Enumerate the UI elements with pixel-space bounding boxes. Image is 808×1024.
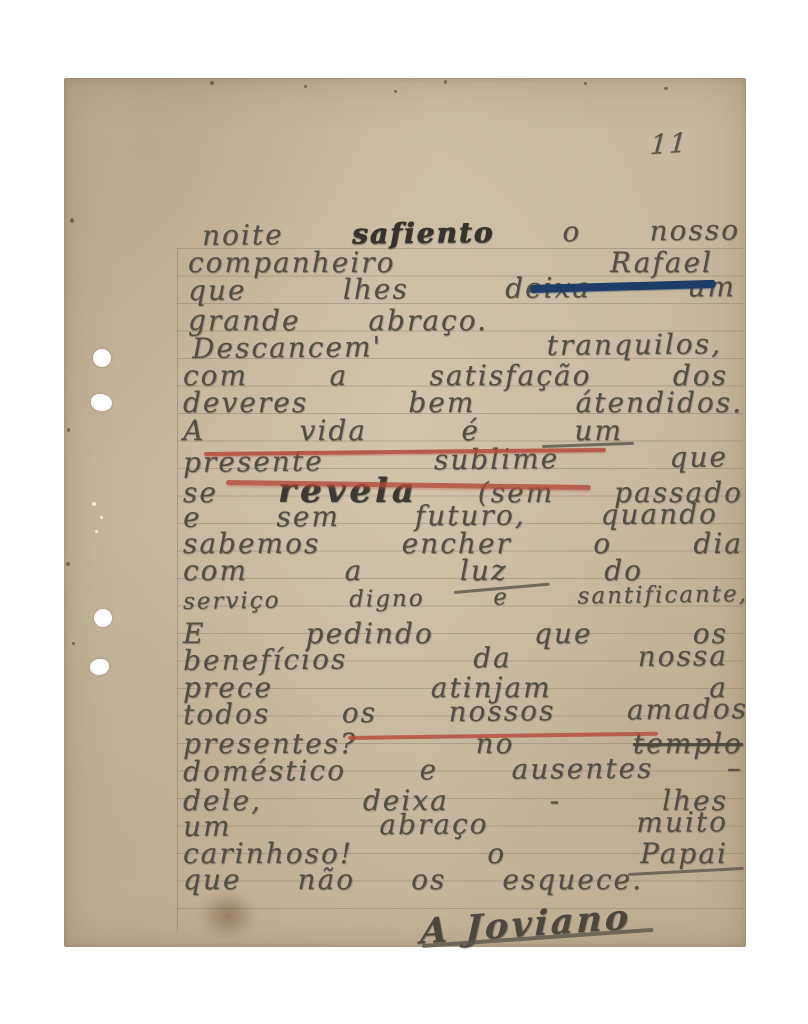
paper-speck	[664, 87, 668, 90]
paper-speck	[67, 428, 70, 432]
punch-hole-torn	[90, 659, 109, 675]
handwriting-line-7: deveres bem átendidos.	[183, 388, 743, 417]
punch-hole	[93, 349, 111, 367]
paper-damage-dot	[100, 516, 103, 519]
paper-speck	[72, 642, 75, 645]
handwriting-line-18: todos os nossos amados	[183, 694, 748, 729]
punch-hole-torn	[91, 394, 112, 411]
paper-speck	[66, 562, 70, 566]
handwriting-line-9: presente sublime que	[183, 442, 728, 477]
handwriting-line-20: doméstico e ausentes –	[183, 753, 743, 786]
margin-rule-line	[177, 248, 178, 931]
paper-speck	[304, 85, 307, 88]
page-number: 11	[649, 126, 711, 161]
paper-speck	[210, 81, 214, 85]
letter-page: 11 noite safiento o nosso companheiro Ra…	[64, 78, 746, 947]
paper-speck	[394, 90, 397, 93]
paper-speck	[584, 82, 587, 85]
paper-speck	[444, 80, 447, 84]
paper-damage-dot	[92, 502, 96, 506]
handwriting-line-13: com a luz do	[183, 556, 643, 585]
handwriting-line-24: que não os esquece.	[183, 865, 643, 894]
paper-stain	[199, 890, 257, 940]
handwriting-line-8: A vida é um	[183, 416, 623, 445]
paper-speck	[70, 218, 74, 223]
paper-damage-dot	[95, 530, 98, 533]
punch-hole	[94, 609, 112, 627]
word: o nosso	[562, 213, 740, 248]
photo-background: 11 noite safiento o nosso companheiro Ra…	[0, 0, 808, 1024]
